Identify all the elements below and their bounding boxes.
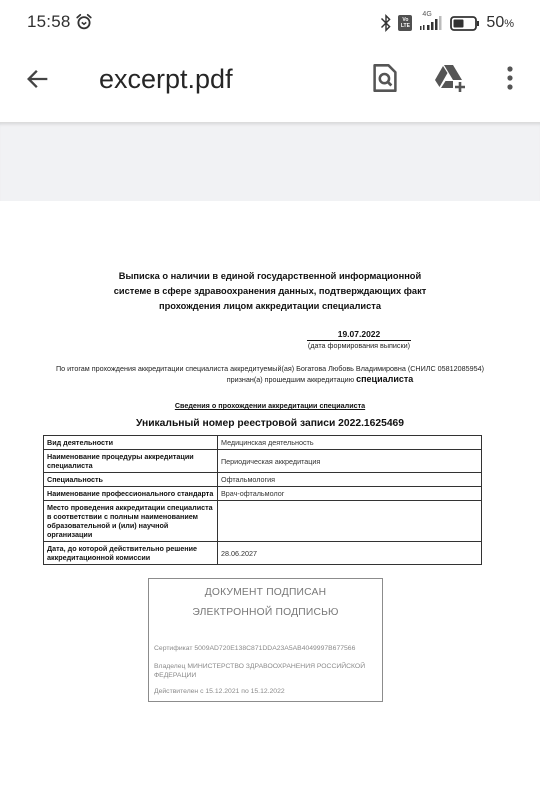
signature-validity: Действителен с 15.12.2021 по 15.12.2022 [154,688,285,695]
table-row: Вид деятельностиМедицинская деятельность [44,436,482,450]
signal-icon: 4G [418,14,444,32]
table-row: Место проведения аккредитации специалист… [44,501,482,542]
back-icon[interactable] [24,65,52,93]
table-cell-value: Офтальмология [218,473,482,487]
table-row: Дата, до которой действительно решение а… [44,542,482,565]
alarm-icon [75,13,93,31]
document-title: Выписка о наличии в единой государственн… [0,269,540,314]
document-title-line: Выписка о наличии в единой государственн… [0,269,540,284]
statement-bold-word: специалиста [356,374,413,384]
statement-line-1: По итогам прохождения аккредитации специ… [30,363,510,374]
status-icons: VoLTE 4G 50% [380,12,514,34]
registry-number: Уникальный номер реестровой записи 2022.… [0,418,540,429]
table-cell-label: Специальность [44,473,218,487]
table-cell-value [218,501,482,542]
accreditation-table: Вид деятельностиМедицинская деятельность… [43,435,482,565]
viewer-background [0,122,540,201]
electronic-signature-stamp: ДОКУМЕНТ ПОДПИСАН ЭЛЕКТРОННОЙ ПОДПИСЬЮ С… [148,578,383,702]
signature-owner: Владелец МИНИСТЕРСТВО ЗДРАВООХРАНЕНИЯ РО… [154,662,382,680]
table-cell-label: Место проведения аккредитации специалист… [44,501,218,542]
table-cell-value: Медицинская деятельность [218,436,482,450]
document-title-line: прохождения лицом аккредитации специалис… [0,299,540,314]
more-options-icon[interactable] [500,65,520,91]
statement-line-2-text: признан(а) прошедшим аккредитацию [227,375,354,384]
document-title-line: системе в сфере здравоохранения данных, … [0,284,540,299]
document-date-block: 19.07.2022 (дата формирования выписки) [307,329,411,351]
document-date-caption: (дата формирования выписки) [307,341,411,351]
table-cell-label: Дата, до которой действительно решение а… [44,542,218,565]
volte-icon: VoLTE [398,15,412,31]
document-date: 19.07.2022 [307,329,411,341]
signature-heading-line-2: ЭЛЕКТРОННОЙ ПОДПИСЬЮ [149,607,382,618]
add-to-drive-icon[interactable] [434,63,468,93]
signature-certificate: Сертификат 5009AD720E138C871DDA23A5AB404… [154,645,355,652]
table-row: Наименование профессионального стандарта… [44,487,482,501]
table-row: СпециальностьОфтальмология [44,473,482,487]
pdf-page[interactable]: Выписка о наличии в единой государственн… [0,201,540,800]
battery-icon [450,16,480,31]
table-cell-value: Врач-офтальмолог [218,487,482,501]
battery-percent-value: 50 [486,14,504,31]
battery-percent: 50% [486,14,514,32]
status-bar: 15:58 VoLTE 4G 50% [0,0,540,45]
accreditation-statement: По итогам прохождения аккредитации специ… [30,363,510,385]
table-cell-value: 28.06.2027 [218,542,482,565]
table-cell-label: Наименование процедуры аккредитации спец… [44,450,218,473]
network-type-label: 4G [422,11,431,18]
table-row: Наименование процедуры аккредитации спец… [44,450,482,473]
battery-percent-unit: % [504,18,514,30]
app-bar: excerpt.pdf [0,45,540,122]
table-cell-label: Наименование профессионального стандарта [44,487,218,501]
section-title: Сведения о прохождении аккредитации спец… [0,401,540,410]
status-time: 15:58 [27,12,71,32]
file-title: excerpt.pdf [99,64,233,95]
table-cell-label: Вид деятельности [44,436,218,450]
bluetooth-icon [380,14,392,32]
signature-heading-line-1: ДОКУМЕНТ ПОДПИСАН [149,587,382,598]
find-in-document-icon[interactable] [372,63,398,93]
statement-line-2: признан(а) прошедшим аккредитацию специа… [30,374,510,385]
table-cell-value: Периодическая аккредитация [218,450,482,473]
